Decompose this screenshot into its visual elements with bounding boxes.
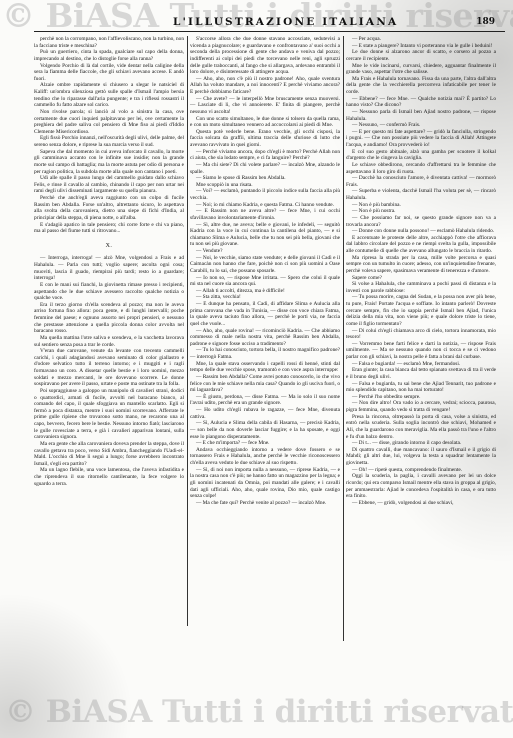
paragraph: — Aho, aho, quale rovina! — ricominciò K… — [190, 328, 340, 348]
paragraph: Questa potè vederle bene. Erano vecchie,… — [190, 129, 340, 149]
paragraph: Di quattro cavalli, due mancavano: il sa… — [346, 447, 496, 467]
paragraph: — Perchè l'ho obbedito sempre. — [346, 394, 496, 401]
paragraph: — Ma chi siete? Di chi volete parlare? —… — [190, 162, 340, 175]
paragraph: — Ebbene? — fece Mne. — Qualche notizia … — [346, 96, 496, 109]
paragraph: — Di colui ch'egli chiamava arco di ciel… — [346, 328, 496, 341]
paragraph: Le schiave obbedirono, cercando d'affret… — [346, 162, 496, 175]
paragraph: — Che avete? — le interpellò Mne bruscam… — [190, 96, 340, 116]
paragraph: — Per acqua. — [346, 36, 496, 43]
paragraph: — Dacchè ha conosciuto l'amore, è divent… — [346, 175, 496, 188]
paragraph: — Donne con donne nulla possono! — escla… — [346, 228, 496, 235]
paragraph: — È giusto, perdona, — disse Fatma. — Ma… — [190, 394, 340, 407]
paragraph: — Superba e violenta, dacchè Ismail l'ha… — [346, 188, 496, 201]
paragraph: Si volse a Hahalula, che camminava a poc… — [346, 281, 496, 294]
paragraph: Mne le vide incinarsi, curvarsi, chieder… — [346, 63, 496, 76]
newspaper-page: © BiASA Tutti i diritti riservati L'ILLU… — [0, 0, 513, 738]
column-right: — Per acqua.— E state a piangere? Intant… — [346, 36, 496, 506]
paragraph: — Perchè viviamo ancora, dopo ch'egli è … — [190, 149, 340, 162]
paragraph: — Tu possa morire, cagna del Sudan, e la… — [346, 294, 496, 327]
paragraph: — E per questo mi fate aspettare? — grid… — [346, 129, 496, 149]
paragraph: — Sì, di noi non importa nulla a nessuno… — [190, 467, 340, 500]
paragraph: — Ma che fate qui? Perchè venite al pozz… — [190, 500, 340, 507]
paragraph: — E state a piangere? Intanto vi portera… — [346, 43, 496, 50]
paragraph: — Sta zitta, vecchia! — [190, 294, 340, 301]
paragraph: — E dunque ha pensato, il Cadì, di affid… — [190, 301, 340, 328]
paragraph: Non rivolse parola; si lanciò al volo a … — [34, 109, 184, 136]
column-left: perchè non la corrompano, non l'affievol… — [34, 36, 184, 487]
paragraph: Poi sopraggiunse a galoppo un manipolo d… — [34, 388, 184, 441]
paragraph: — Io non so, — rispose Mne irritata. — S… — [190, 275, 340, 288]
paragraph: Udì alle spalle il passo lungo del camme… — [34, 175, 184, 195]
paragraph: E s'adagiò apatico in tale pensiero; chi… — [34, 222, 184, 235]
paragraph: — Interroga, interroga! — alzò Mne, volg… — [34, 255, 184, 282]
paragraph: — Ebbene, — gridò, volgendosi ai due sch… — [346, 500, 496, 507]
paragraph: — Non è più bambina. — [346, 202, 496, 209]
paragraph: Con uno scatto simultaneo, le due donne … — [190, 116, 340, 129]
column-divider — [343, 36, 344, 641]
paragraph: — Vendute? — [190, 248, 340, 255]
paragraph: Oggi la scuderia, la paglia, i cavalli a… — [346, 473, 496, 500]
paragraph: — Rassim ben Abdalla? Come avrei potuto … — [190, 374, 340, 394]
chapter-heading: X. — [34, 243, 184, 250]
paragraph: Le due donne si alzarono ancor di scatto… — [346, 49, 496, 62]
paragraph: — Tu lo hai conosciuto, tortora bella, i… — [190, 347, 340, 360]
paragraph: — E che m'importa? — fece Mne. — [190, 440, 340, 447]
paragraph: Era il terzo giorno ch'ella scendeva al … — [34, 302, 184, 335]
paragraph: — Falsa e bugiarda, tu sai bene che Ajìa… — [346, 381, 496, 394]
paragraph: Presa la rincorsa, oltrepassò la porta d… — [346, 414, 496, 441]
paragraph: — Noi, le vecchie, siamo state vendute; … — [190, 255, 340, 275]
left-paragraphs-before: perchè non la corrompano, non l'affievol… — [34, 36, 184, 235]
paragraph: — Nessuno parla di Ismail ben Ajìad nost… — [346, 109, 496, 122]
paragraph: Ma un lagno flebile, una voce lamentosa,… — [34, 467, 184, 487]
paragraph: Ma quella mattina l'otre saliva e scende… — [34, 335, 184, 348]
paragraph: — Non dire altro! Ora vado io a cercare,… — [346, 400, 496, 413]
paragraph: V'eran due carovane, venute da levante c… — [34, 348, 184, 388]
paragraph: — Aho, aho, non c'è più il nostro padron… — [190, 76, 340, 96]
paragraph: Volgendo Porchio di là dal cortile, vide… — [34, 63, 184, 83]
column-divider — [187, 36, 188, 626]
paragraph: Può un guerriero, cinta la spada, gualci… — [34, 49, 184, 62]
paragraph: — Oh! — ripetè questa, comprendendo fina… — [346, 467, 496, 474]
paragraph: — Allah ti accolti, ditezza, ma è diffic… — [190, 288, 340, 295]
publication-title: L'ILLUSTRAZIONE ITALIANA — [173, 16, 398, 28]
paragraph: Sapere come? — [346, 275, 496, 282]
paragraph: Alzaie ombre rapidamente si chiusero a s… — [34, 82, 184, 109]
middle-paragraphs: S'accorse allora che due donne stavano a… — [190, 36, 340, 506]
paragraph: Sapeva che dal momento in cui aveva info… — [34, 149, 184, 176]
paragraph: Ma ripresa la strada per la casa, mille … — [346, 255, 496, 275]
paragraph: — Sì, Aulucia e Slima della cabila di Ha… — [190, 420, 340, 440]
paragraph: Mne, la quale stava osservando i capelli… — [190, 361, 340, 374]
paragraph: — Che possiamo far noi, se questo grande… — [346, 215, 496, 228]
paragraph: — Nessuno, — confermò Frais. — [346, 122, 496, 129]
paragraph: — Ho udito ch'egli rubava le ragazze, — … — [190, 407, 340, 420]
paragraph: E con le mani sui fianchi, la giovinetta… — [34, 282, 184, 302]
column-middle: S'accorse allora che due donne stavano a… — [190, 36, 340, 506]
paragraph: Ma Frais e Hahalula tornavano. Fissa da … — [346, 76, 496, 96]
paragraph: Ma era gente che alla carovaniera doveva… — [34, 441, 184, 468]
paragraph: — Voi? — esclamò, puntando il piccolo in… — [190, 188, 340, 201]
paragraph: S'accorse allora che due donne stavano a… — [190, 36, 340, 76]
paragraph: — Non è più nostra. — [346, 208, 496, 215]
paragraph: Perchè che anch'egli aveva raggiunto con… — [34, 195, 184, 222]
left-paragraphs-after: — Interroga, interroga! — alzò Mne, volg… — [34, 255, 184, 487]
paragraph: — Vorremmo bene farti felice e darti la … — [346, 341, 496, 361]
masthead: L'ILLUSTRAZIONE ITALIANA 189 — [40, 14, 505, 30]
paragraph: — Di t... — disse, girando intorno il ca… — [346, 440, 496, 447]
paragraph: E col suo gesto abituale, alzò una gamba… — [346, 149, 496, 162]
page-number: 189 — [476, 17, 495, 27]
paragraph: — Siamo le spose di Rassim ben Abdalla. — [190, 175, 340, 182]
header-rule — [34, 31, 505, 32]
paragraph: Eran giunte; la casa bianca dal tetto sp… — [346, 367, 496, 380]
paragraph: — E Rassim non ne aveva altre? — fece Mn… — [190, 208, 340, 221]
paragraph: perchè non la corrompano, non l'affievol… — [34, 36, 184, 49]
paragraph: — Falsa e bugiarda! — esclamò Mne, ferma… — [346, 361, 496, 368]
paragraph: Andava occhieggiando intorno a vedere do… — [190, 447, 340, 467]
right-paragraphs: — Per acqua.— E state a piangere? Intant… — [346, 36, 496, 506]
paragraph: E accentuate le proteste delle altre, ac… — [346, 235, 496, 255]
paragraph: — Sì, altre due, ne aveva; belle e giova… — [190, 222, 340, 249]
watermark-bottom: © BiASA Tutti i diritti riservati — [5, 694, 513, 730]
paragraph: Egli fissò Porchio innanzi, nell'oscurit… — [34, 135, 184, 148]
